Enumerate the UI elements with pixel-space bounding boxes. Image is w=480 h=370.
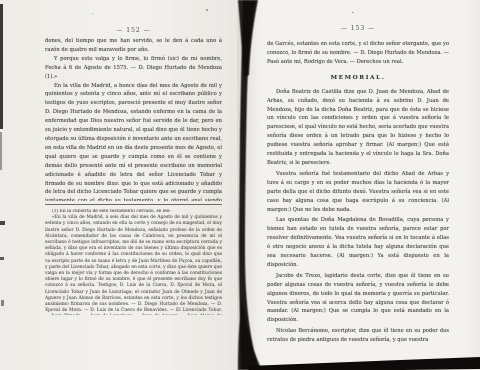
- left-page-body: dones, del tiempo que me han servido, se…: [45, 37, 222, 201]
- footnote-text: «En la villa de Madrid, á seis días del …: [45, 215, 222, 315]
- scan-speck: [206, 9, 208, 11]
- scan-speck: [433, 42, 434, 44]
- footnote-divider: [45, 204, 222, 205]
- paragraph: Doña Beatriz de Castilla dize que D. Jua…: [267, 88, 449, 168]
- paragraph: Jacobo de Trezo, lapidario desta corte, …: [267, 272, 449, 325]
- left-page: — 152 — dones, del tiempo que me han ser…: [0, 0, 237, 370]
- right-page: — 153 — de Garcés, estantes en esta cort…: [237, 0, 480, 370]
- paragraph: Vuestra señoría fué testamentario del di…: [267, 170, 449, 215]
- footnote-block: (1) En la cubierta de este testamento ce…: [45, 209, 222, 315]
- paragraph-continuation: de Garcés, estantes en esta corte, y el …: [267, 40, 449, 67]
- right-page-number: — 153 —: [267, 25, 449, 32]
- paragraph: En la villa de Madrid, a honce días del …: [45, 82, 222, 201]
- paragraph: Y porque esto valga y lo firme, lo firmó…: [45, 55, 222, 82]
- paragraph: Las quentas de Doña Magdalena de Bovadil…: [267, 216, 449, 269]
- scan-speck: [92, 13, 93, 14]
- scan-speck: [352, 12, 354, 13]
- left-page-number: — 152 —: [45, 27, 222, 34]
- memorial-heading: MEMORIAL.: [267, 75, 449, 81]
- book-scan: — 152 — dones, del tiempo que me han ser…: [0, 0, 480, 370]
- paragraph: Nicolao Bercánome, escriptor, dize que é…: [267, 327, 449, 345]
- right-page-body: — 153 — de Garcés, estantes en esta cort…: [267, 25, 449, 347]
- paragraph-continuation: dones, del tiempo que me han servido, se…: [45, 37, 222, 55]
